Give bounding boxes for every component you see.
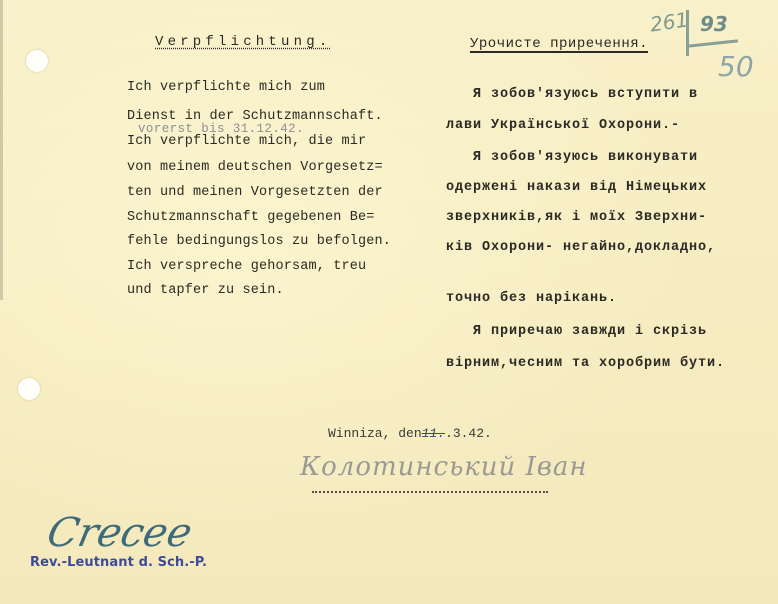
page-edge [0, 0, 3, 300]
heading-german: Verpflichtung. [155, 34, 331, 50]
german-line-5: ten und meinen Vorgesetzten der [127, 185, 383, 200]
archive-bracket [686, 10, 689, 56]
officer-rank-stamp: Rev.-Leutnant d. Sch.-P. [30, 555, 207, 570]
german-line-9: und tapfer zu sein. [127, 283, 284, 298]
place-date: Winniza, den11..3.42. [328, 426, 492, 441]
ukrainian-line-4: одержені накази від Німецьких [446, 180, 707, 195]
ukrainian-line-7: точно без нарікань. [446, 291, 617, 306]
ukrainian-line-6: ків Охорони- негайно,докладно, [446, 240, 716, 255]
archive-fraction-bar [688, 39, 738, 47]
german-line-3: Ich verpflichte mich, die mir [127, 134, 366, 149]
document-page: Verpflichtung. Ich verpflichte mich zum … [0, 0, 778, 604]
german-line-6: Schutzmannschaft gegebenen Be= [127, 210, 375, 225]
german-line-7: fehle bedingungslos zu befolgen. [127, 234, 391, 249]
signature-dotted-line [312, 491, 548, 493]
archive-number-top: 261 [649, 7, 690, 36]
ukrainian-line-2: лави Української Охорони.- [446, 118, 680, 133]
place-date-prefix: Winniza, den [328, 426, 422, 441]
ukrainian-line-5: зверхників,як і моїх Зверхни- [446, 210, 707, 225]
german-line-1: Ich verpflichte mich zum [127, 80, 325, 95]
recruit-signature: Колотинський Іван [300, 452, 588, 482]
punch-hole-top [26, 50, 48, 72]
archive-number-fraction: 93 [700, 12, 728, 36]
heading-ukrainian: Урочисте приречення. [470, 36, 648, 52]
archive-number-bottom: 50 [718, 50, 754, 83]
punch-hole-bottom [18, 378, 40, 400]
ukrainian-line-8: Я приречаю завжди і скрізь [473, 324, 707, 339]
ukrainian-line-1: Я зобов'язуюсь вступити в [473, 87, 698, 102]
place-date-day: 11. [422, 426, 445, 441]
ukrainian-line-3: Я зобов'язуюсь виконувати [473, 150, 698, 165]
ukrainian-line-9: вірним,чесним та хоробрим бути. [446, 356, 725, 371]
german-line-8: Ich verspreche gehorsam, treu [127, 259, 366, 274]
officer-signature: Crecee [43, 510, 196, 556]
german-line-4: von meinem deutschen Vorgesetz= [127, 160, 383, 175]
place-date-rest: .3.42. [445, 426, 492, 441]
